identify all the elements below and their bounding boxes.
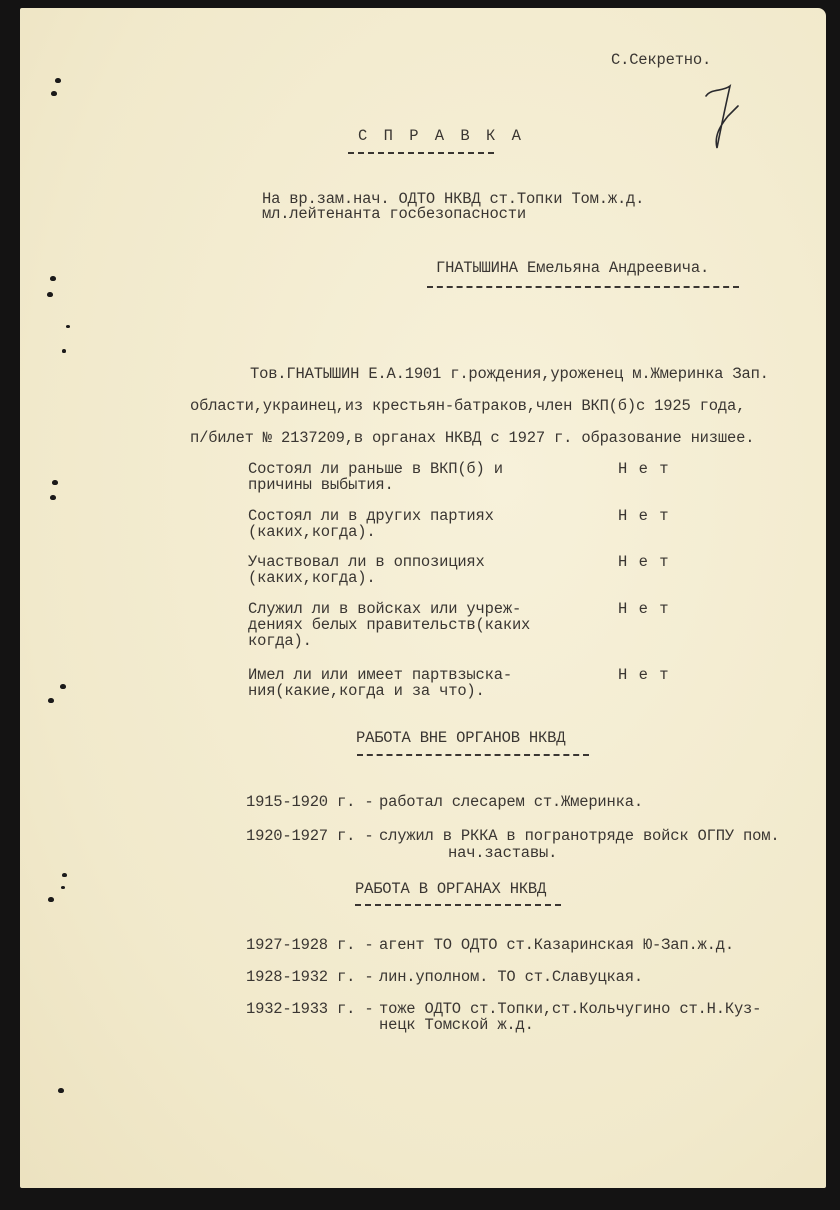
work-description: служил в РККА в погранотряде войск ОГПУ …	[379, 828, 779, 845]
work-period: 1915-1920 г. -	[246, 794, 373, 811]
question-text: когда).	[248, 633, 312, 650]
work-description: агент ТО ОДТО ст.Казаринская Ю-Зап.ж.д.	[379, 937, 734, 954]
subject-line-2: мл.лейтенанта госбезопасности	[262, 206, 526, 223]
bio-line: Тов.ГНАТЫШИН Е.А.1901 г.рождения,урожене…	[250, 366, 769, 383]
section-heading-work-outside: РАБОТА ВНЕ ОРГАНОВ НКВД	[356, 730, 565, 747]
subject-name: ГНАТЫШИНА Емельяна Андреевича.	[436, 260, 709, 277]
section-underline	[357, 754, 589, 756]
work-period: 1920-1927 г. -	[246, 828, 373, 845]
bio-line: п/билет № 2137209,в органах НКВД с 1927 …	[190, 430, 754, 447]
question-text: ния(какие,когда и за что).	[248, 683, 485, 700]
work-description: нецк Томской ж.д.	[379, 1017, 534, 1034]
question-answer: Н е т	[618, 461, 670, 478]
bio-line: области,украинец,из крестьян-батраков,чл…	[190, 398, 745, 415]
classification-stamp: С.Секретно.	[611, 52, 711, 69]
document-title: С П Р А В К А	[358, 128, 524, 145]
section-underline	[355, 904, 561, 906]
work-period: 1932-1933 г. -	[246, 1001, 373, 1018]
work-description: работал слесарем ст.Жмеринка.	[379, 794, 643, 811]
question-answer: Н е т	[618, 554, 670, 571]
work-description: лин.уполном. ТО ст.Славуцкая.	[379, 969, 643, 986]
handwritten-page-number: 7	[700, 82, 750, 152]
work-period: 1927-1928 г. -	[246, 937, 373, 954]
title-underline	[348, 152, 494, 154]
question-answer: Н е т	[618, 667, 670, 684]
name-underline	[427, 286, 739, 288]
question-answer: Н е т	[618, 508, 670, 525]
question-text: причины выбытия.	[248, 477, 394, 494]
work-description: нач.заставы.	[448, 845, 557, 862]
question-text: (каких,когда).	[248, 570, 375, 587]
section-heading-work-inside: РАБОТА В ОРГАНАХ НКВД	[355, 881, 546, 898]
question-answer: Н е т	[618, 601, 670, 618]
work-period: 1928-1932 г. -	[246, 969, 373, 986]
question-text: (каких,когда).	[248, 524, 375, 541]
